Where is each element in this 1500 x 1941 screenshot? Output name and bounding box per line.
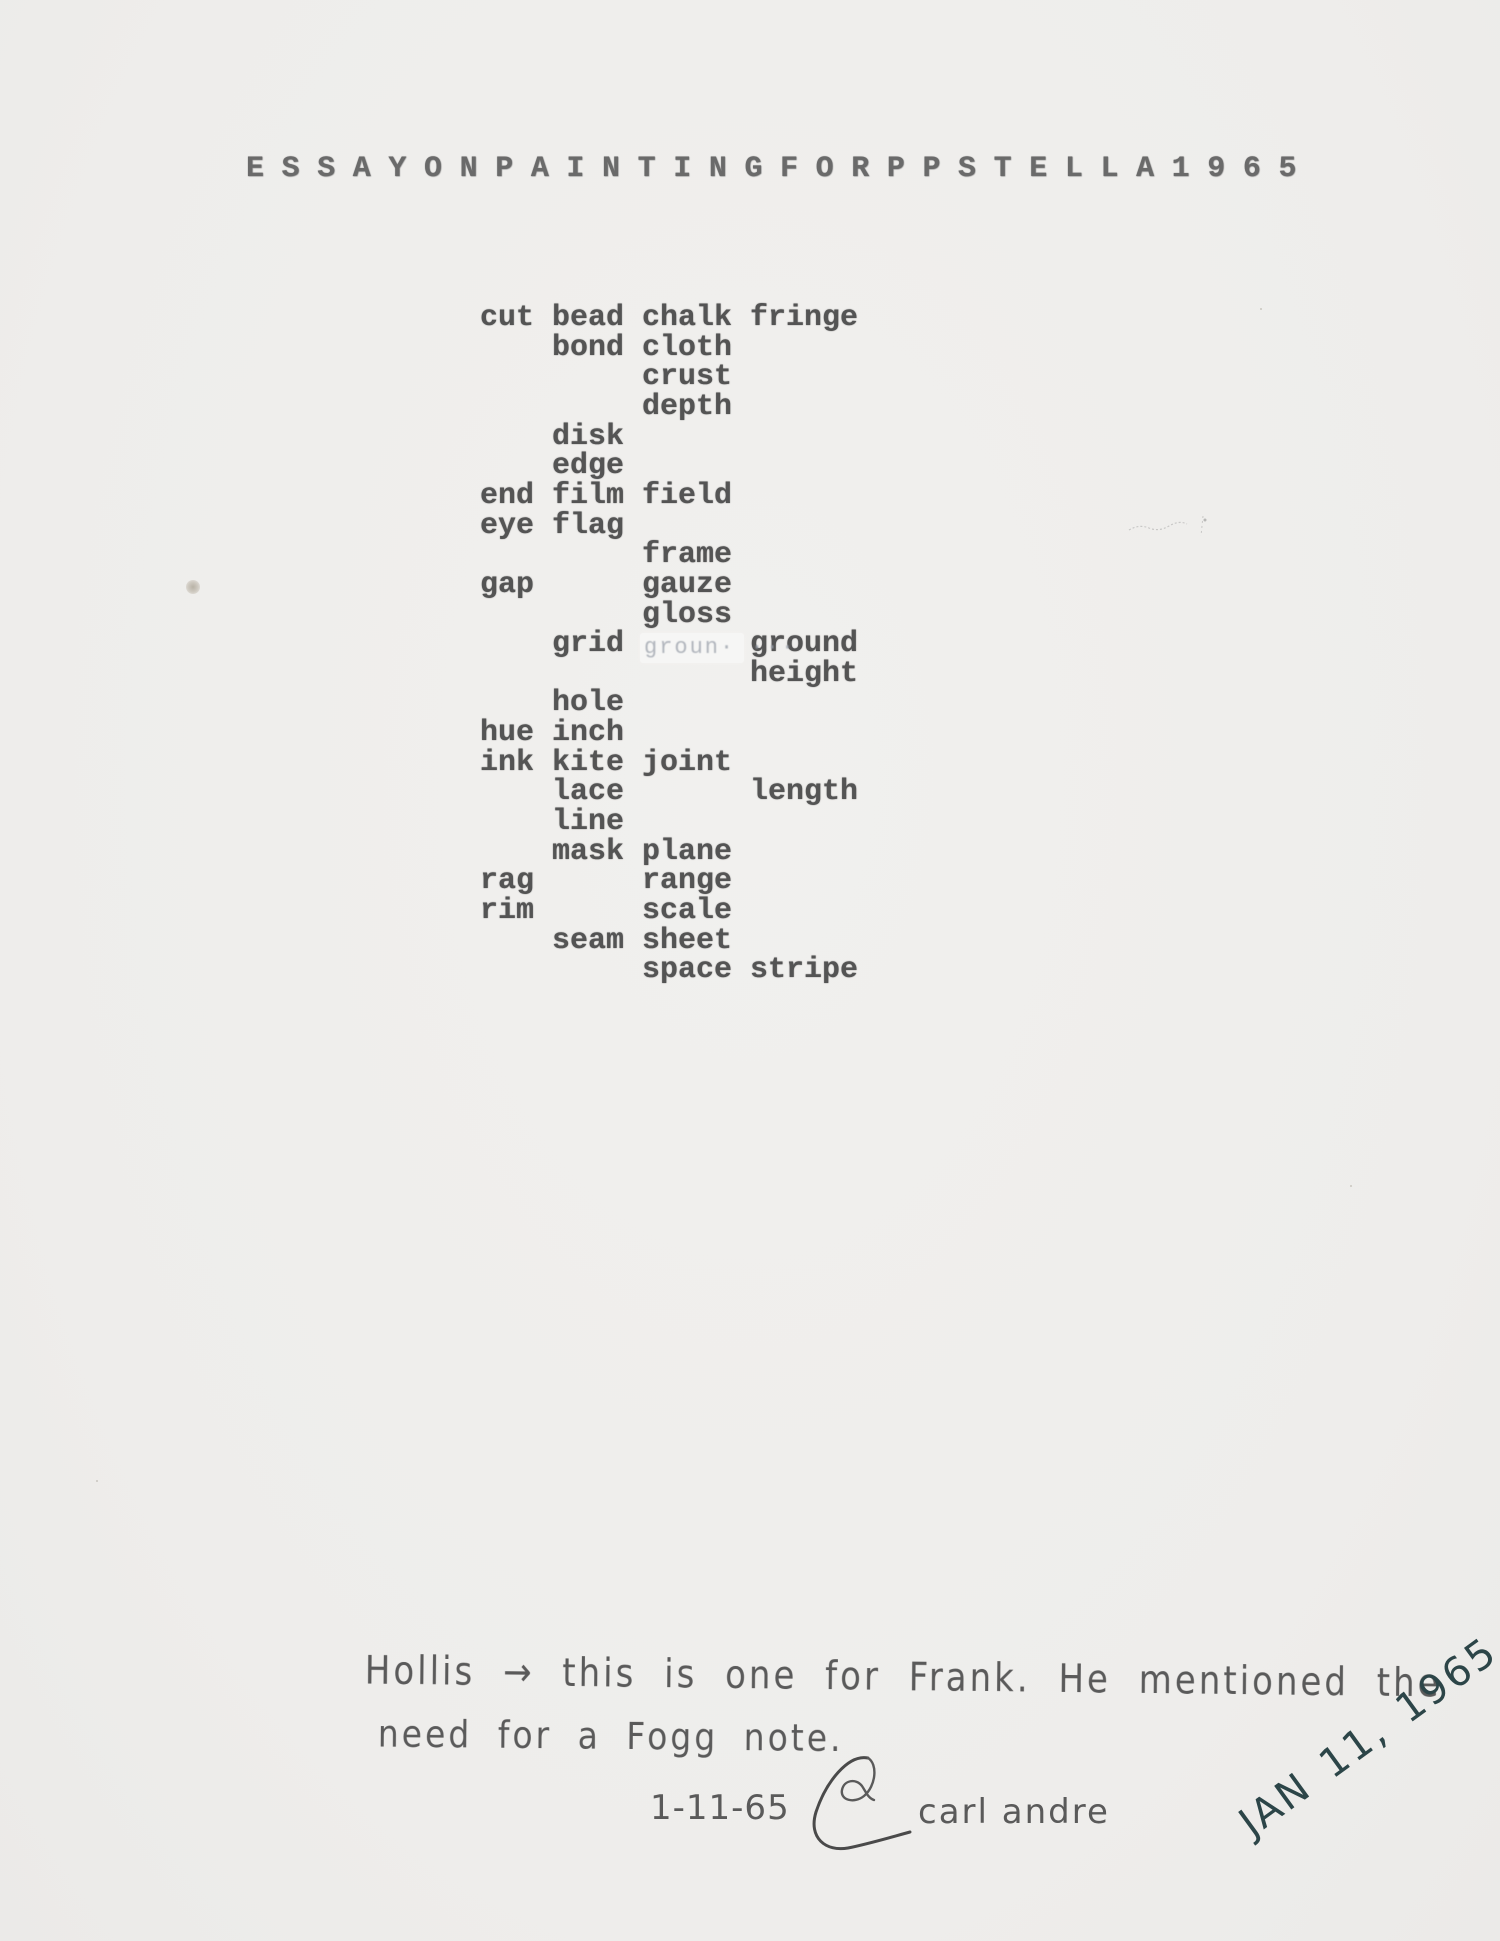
typed-word: edge (552, 452, 624, 482)
paper-fleck (96, 1480, 98, 1482)
typed-word: gloss (642, 601, 732, 631)
typed-word: eye (480, 512, 534, 542)
typed-word: end (480, 482, 534, 512)
typed-word: bead (552, 304, 624, 334)
document-page: ESSAYONPAINTINGFORPPSTELLA1965 cutbeadch… (0, 0, 1500, 1941)
typed-word: line (552, 808, 624, 838)
typed-word: chalk (642, 304, 732, 334)
faint-pencil-mark (1125, 512, 1215, 540)
typed-word: hue (480, 719, 534, 749)
copyright-circle-icon (808, 1752, 918, 1852)
typed-word: rag (480, 867, 534, 897)
typed-word: lace (552, 778, 624, 808)
typed-word: space (642, 956, 732, 986)
typed-word: grid (552, 630, 624, 660)
typed-word: range (642, 867, 732, 897)
typed-word: plane (642, 838, 732, 868)
typed-word: crust (642, 363, 732, 393)
erased-word: groun· ··· (640, 633, 744, 663)
typed-word: flag (552, 512, 624, 542)
typed-word: length (750, 778, 858, 808)
typed-word: cloth (642, 334, 732, 364)
handwritten-note-line-1: Hollis → this is one for Frank. He menti… (365, 1648, 1442, 1707)
erased-word-trace: groun· ··· (644, 635, 796, 660)
typed-word: scale (642, 897, 732, 927)
signature-name: carl andre (918, 1792, 1110, 1832)
typed-word: film (552, 482, 624, 512)
typed-word: joint (642, 749, 732, 779)
typed-word: hole (552, 689, 624, 719)
typed-word: rim (480, 897, 534, 927)
typed-word: inch (552, 719, 624, 749)
paper-smudge (186, 580, 200, 594)
paper-fleck (1350, 1185, 1352, 1187)
typed-word: gauze (642, 571, 732, 601)
typed-word: field (642, 482, 732, 512)
typed-word: fringe (750, 304, 858, 334)
typed-word: ink (480, 749, 534, 779)
typed-word: gap (480, 571, 534, 601)
typed-word: sheet (642, 927, 732, 957)
typed-word: bond (552, 334, 624, 364)
typed-word: disk (552, 423, 624, 453)
typed-word: kite (552, 749, 624, 779)
typed-word: frame (642, 541, 732, 571)
paper-fleck (1260, 308, 1262, 310)
typed-word: cut (480, 304, 534, 334)
signature-date: 1-11-65 (650, 1788, 790, 1828)
typed-word: stripe (750, 956, 858, 986)
document-title: ESSAYONPAINTINGFORPPSTELLA1965 (246, 152, 1314, 186)
handwritten-note-line-2: need for a Fogg note. (378, 1712, 844, 1760)
typed-word: mask (552, 838, 624, 868)
typed-word: depth (642, 393, 732, 423)
typed-word: height (750, 660, 858, 690)
typed-word: seam (552, 927, 624, 957)
